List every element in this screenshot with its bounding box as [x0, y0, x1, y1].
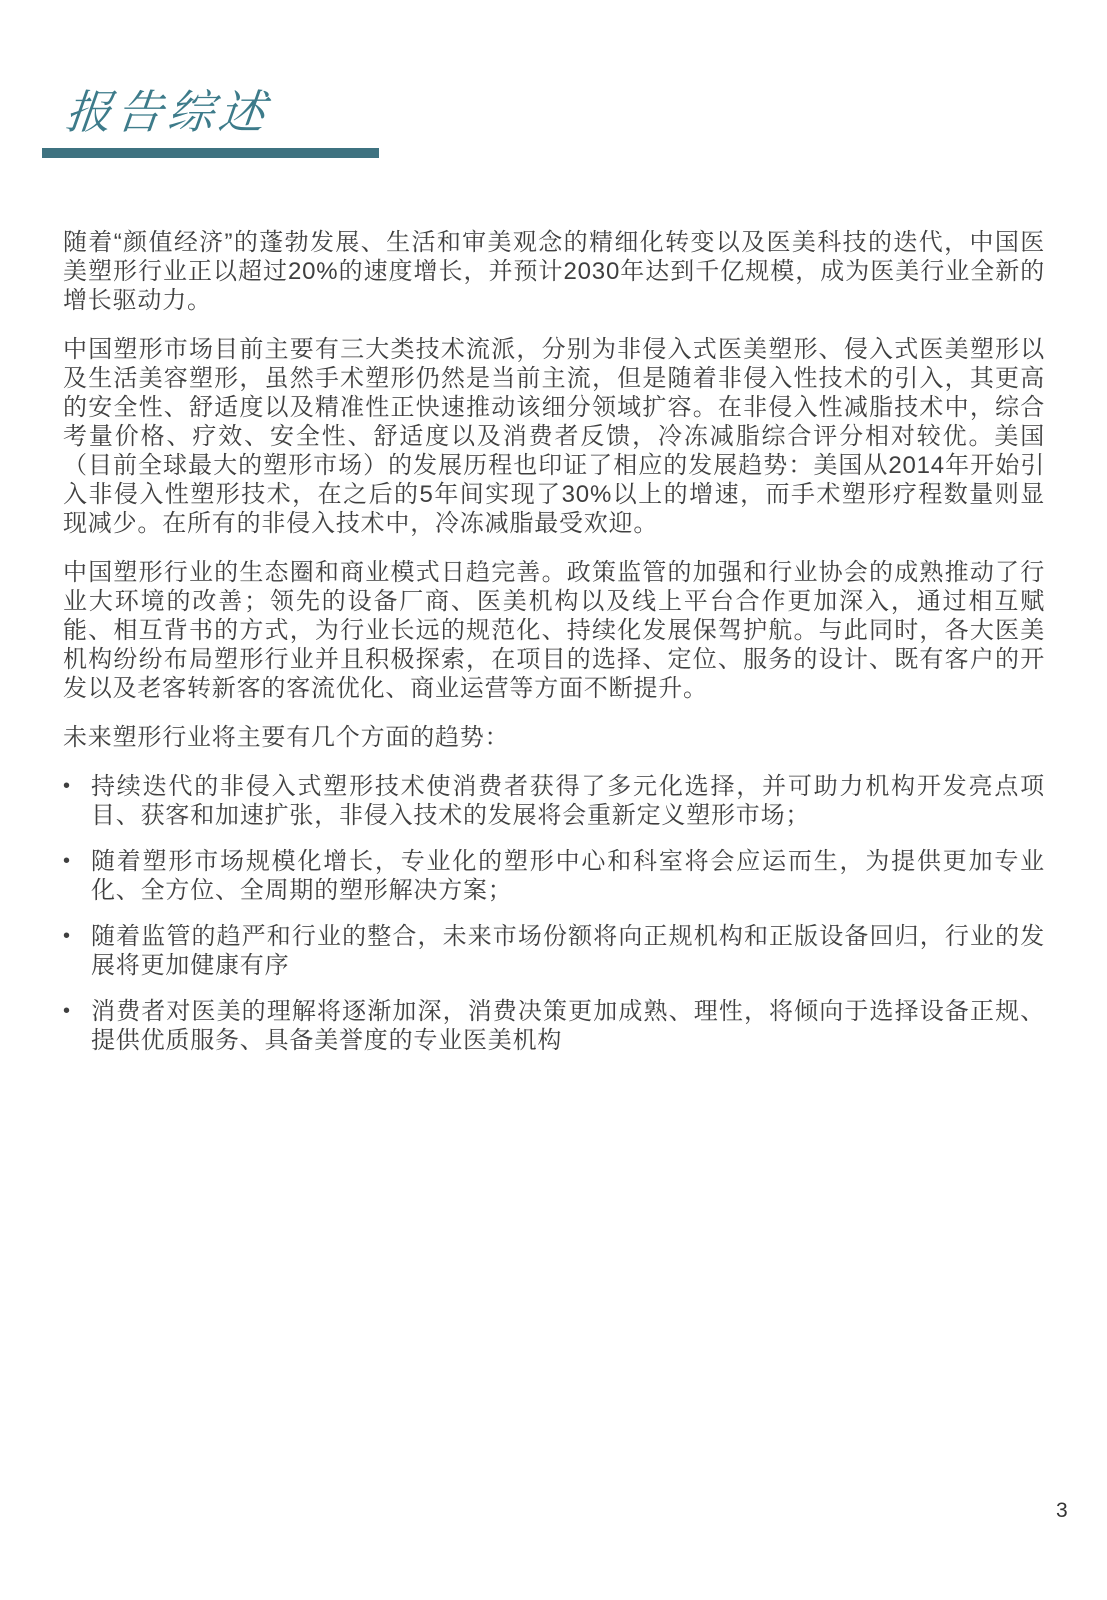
bullet-item: • 消费者对医美的理解将逐渐加深，消费决策更加成熟、理性，将倾向于选择设备正规、…	[63, 997, 1045, 1055]
report-page: 报告综述 随着“颜值经济”的蓬勃发展、生活和审美观念的精细化转变以及医美科技的迭…	[0, 0, 1107, 1600]
page-number: 3	[1056, 1500, 1068, 1521]
bullet-dot-icon: •	[63, 922, 91, 980]
bullet-dot-icon: •	[63, 997, 91, 1055]
bullet-text-consumer-maturity: 消费者对医美的理解将逐渐加深，消费决策更加成熟、理性，将倾向于选择设备正规、提供…	[91, 997, 1045, 1055]
report-body: 随着“颜值经济”的蓬勃发展、生活和审美观念的精细化转变以及医美科技的迭代，中国医…	[63, 228, 1045, 1055]
bullet-item: • 随着监管的趋严和行业的整合，未来市场份额将向正规机构和正版设备回归，行业的发…	[63, 922, 1045, 980]
paragraph-market-technology: 中国塑形市场目前主要有三大类技术流派，分别为非侵入式医美塑形、侵入式医美塑形以及…	[63, 335, 1045, 538]
bullet-dot-icon: •	[63, 772, 91, 830]
paragraph-overview: 随着“颜值经济”的蓬勃发展、生活和审美观念的精细化转变以及医美科技的迭代，中国医…	[63, 228, 1045, 315]
bullet-dot-icon: •	[63, 847, 91, 905]
page-title: 报告综述	[63, 86, 273, 139]
bullet-item: • 随着塑形市场规模化增长，专业化的塑形中心和科室将会应运而生，为提供更加专业化…	[63, 847, 1045, 905]
title-underline-bar	[42, 148, 379, 158]
bullet-text-specialized-centers: 随着塑形市场规模化增长，专业化的塑形中心和科室将会应运而生，为提供更加专业化、全…	[91, 847, 1045, 905]
paragraph-ecosystem: 中国塑形行业的生态圈和商业模式日趋完善。政策监管的加强和行业协会的成熟推动了行业…	[63, 558, 1045, 703]
bullet-item: • 持续迭代的非侵入式塑形技术使消费者获得了多元化选择，并可助力机构开发亮点项目…	[63, 772, 1045, 830]
bullet-text-regulation: 随着监管的趋严和行业的整合，未来市场份额将向正规机构和正版设备回归，行业的发展将…	[91, 922, 1045, 980]
paragraph-trends-lead-in: 未来塑形行业将主要有几个方面的趋势：	[63, 723, 1045, 752]
trends-bullet-list: • 持续迭代的非侵入式塑形技术使消费者获得了多元化选择，并可助力机构开发亮点项目…	[63, 772, 1045, 1055]
bullet-text-noninvasive-tech: 持续迭代的非侵入式塑形技术使消费者获得了多元化选择，并可助力机构开发亮点项目、获…	[91, 772, 1045, 830]
